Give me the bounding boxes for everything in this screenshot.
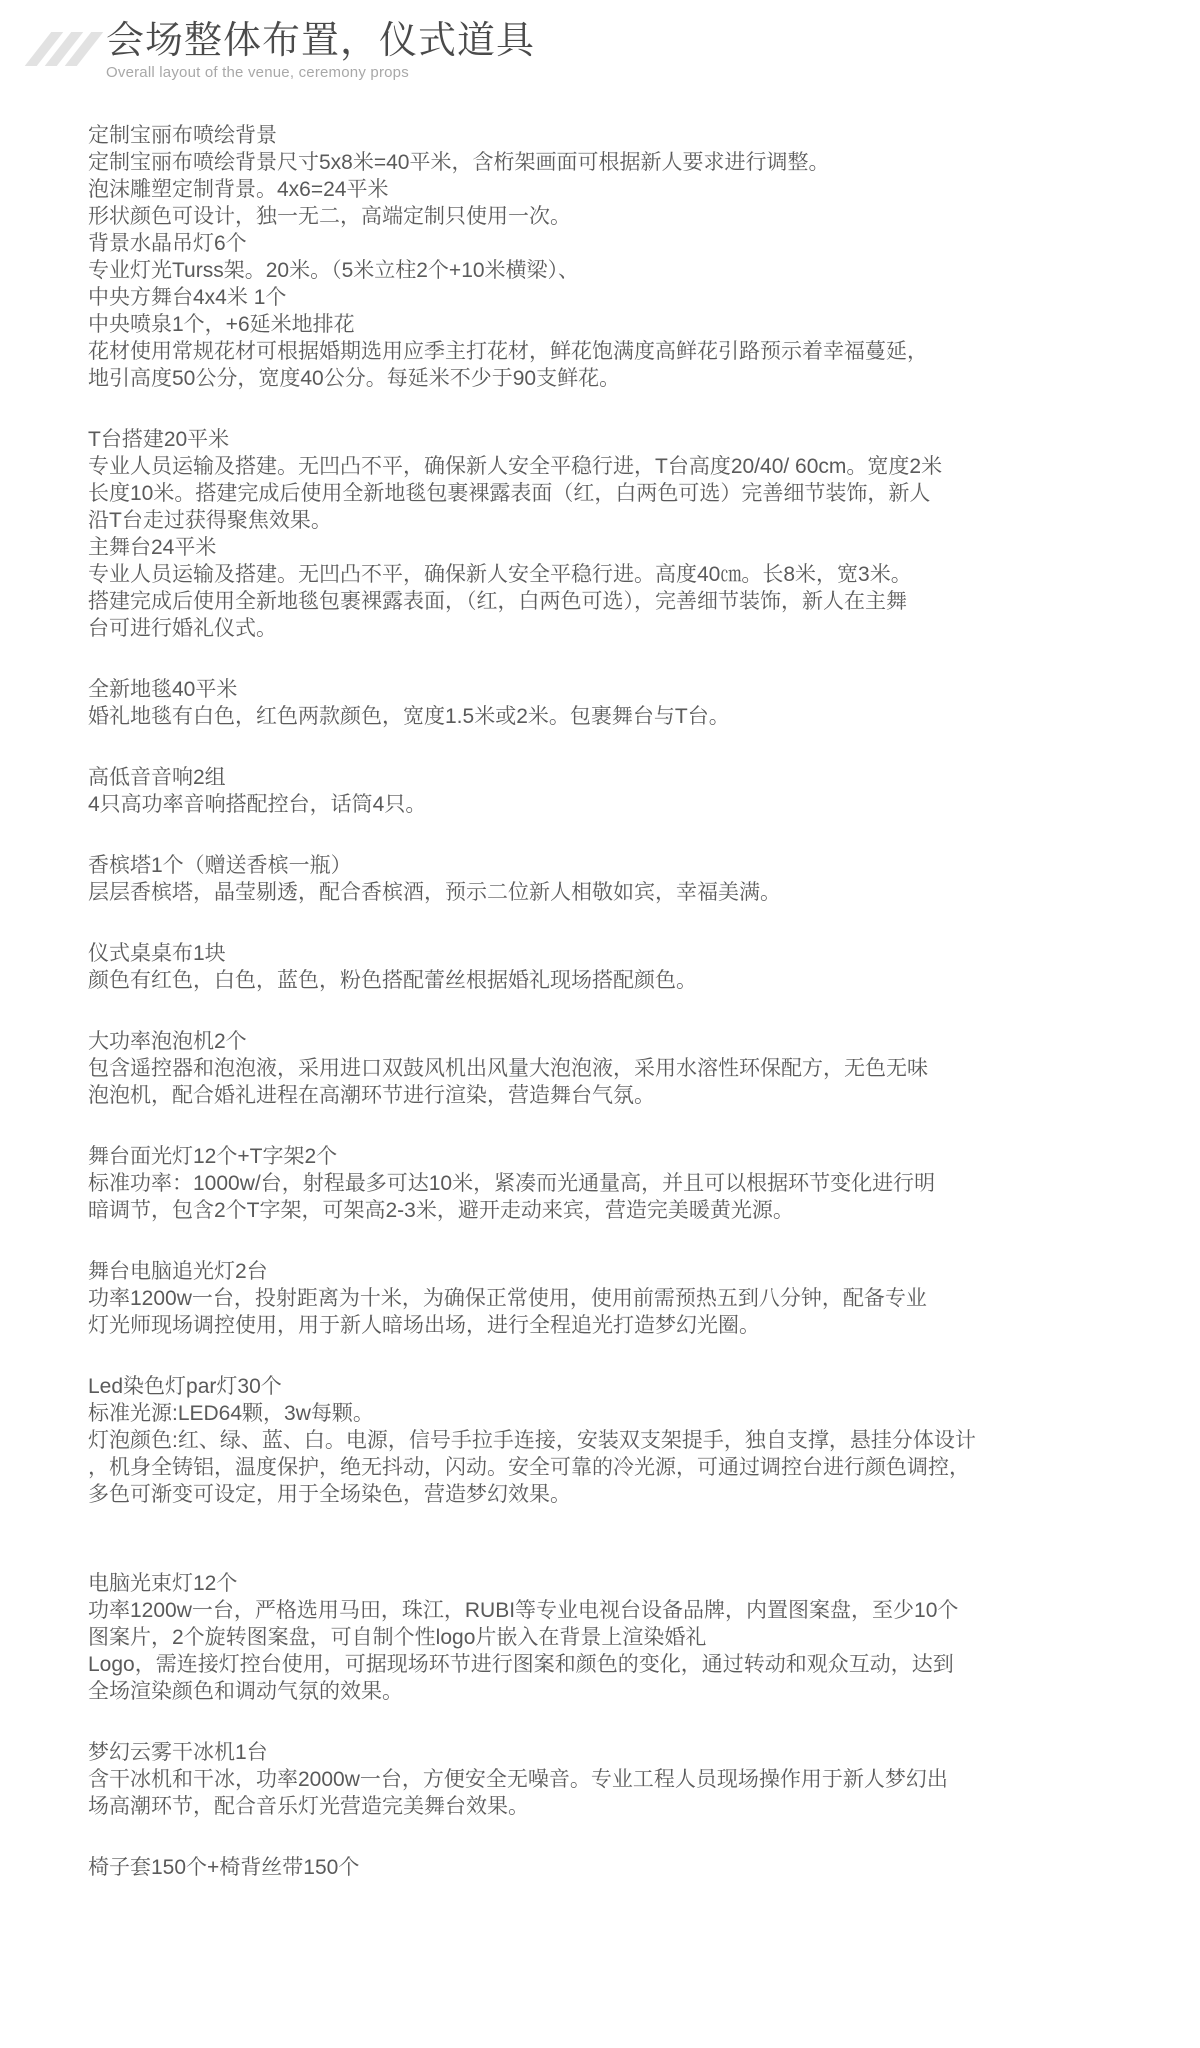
document-body: 定制宝丽布喷绘背景 定制宝丽布喷绘背景尺寸5x8米=40平米，含桁架画面可根据新… xyxy=(0,82,1200,1881)
section-paragraph: 高低音音响2组 4只高功率音响搭配控台，话筒4只。 xyxy=(88,764,1140,818)
section-paragraph: 舞台电脑追光灯2台 功率1200w一台，投射距离为十米，为确保正常使用，使用前需… xyxy=(88,1258,1140,1339)
section-paragraph: 椅子套150个+椅背丝带150个 xyxy=(88,1854,1140,1881)
section-paragraph: 大功率泡泡机2个 包含遥控器和泡泡液，采用进口双鼓风机出风量大泡泡液，采用水溶性… xyxy=(88,1028,1140,1109)
diagonal-stripes-icon xyxy=(38,32,90,66)
page: 会场整体布置，仪式道具 Overall layout of the venue,… xyxy=(0,0,1200,2048)
section-paragraph: 香槟塔1个（赠送香槟一瓶） 层层香槟塔，晶莹剔透，配合香槟酒，预示二位新人相敬如… xyxy=(88,852,1140,906)
section-paragraph: 电脑光束灯12个 功率1200w一台，严格选用马田，珠江，RUBI等专业电视台设… xyxy=(88,1570,1140,1705)
section-paragraph: 全新地毯40平米 婚礼地毯有白色，红色两款颜色，宽度1.5米或2米。包裹舞台与T… xyxy=(88,676,1140,730)
section-paragraph: 仪式桌桌布1块 颜色有红色，白色，蓝色，粉色搭配蕾丝根据婚礼现场搭配颜色。 xyxy=(88,940,1140,994)
section-paragraph: Led染色灯par灯30个 标准光源:LED64颗，3w每颗。 灯泡颜色:红、绿… xyxy=(88,1373,1140,1508)
section-paragraph: 舞台面光灯12个+T字架2个 标准功率：1000w/台，射程最多可达10米，紧凑… xyxy=(88,1143,1140,1224)
section-paragraph: T台搭建20平米 专业人员运输及搭建。无凹凸不平，确保新人安全平稳行进，T台高度… xyxy=(88,426,1140,642)
page-subtitle: Overall layout of the venue, ceremony pr… xyxy=(106,64,535,82)
section-paragraph: 梦幻云雾干冰机1台 含干冰机和干冰，功率2000w一台，方便安全无噪音。专业工程… xyxy=(88,1739,1140,1820)
title-block: 会场整体布置，仪式道具 Overall layout of the venue,… xyxy=(106,20,535,82)
page-header: 会场整体布置，仪式道具 Overall layout of the venue,… xyxy=(0,0,1200,82)
section-paragraph: 定制宝丽布喷绘背景 定制宝丽布喷绘背景尺寸5x8米=40平米，含桁架画面可根据新… xyxy=(88,122,1140,392)
page-title: 会场整体布置，仪式道具 xyxy=(106,20,535,62)
